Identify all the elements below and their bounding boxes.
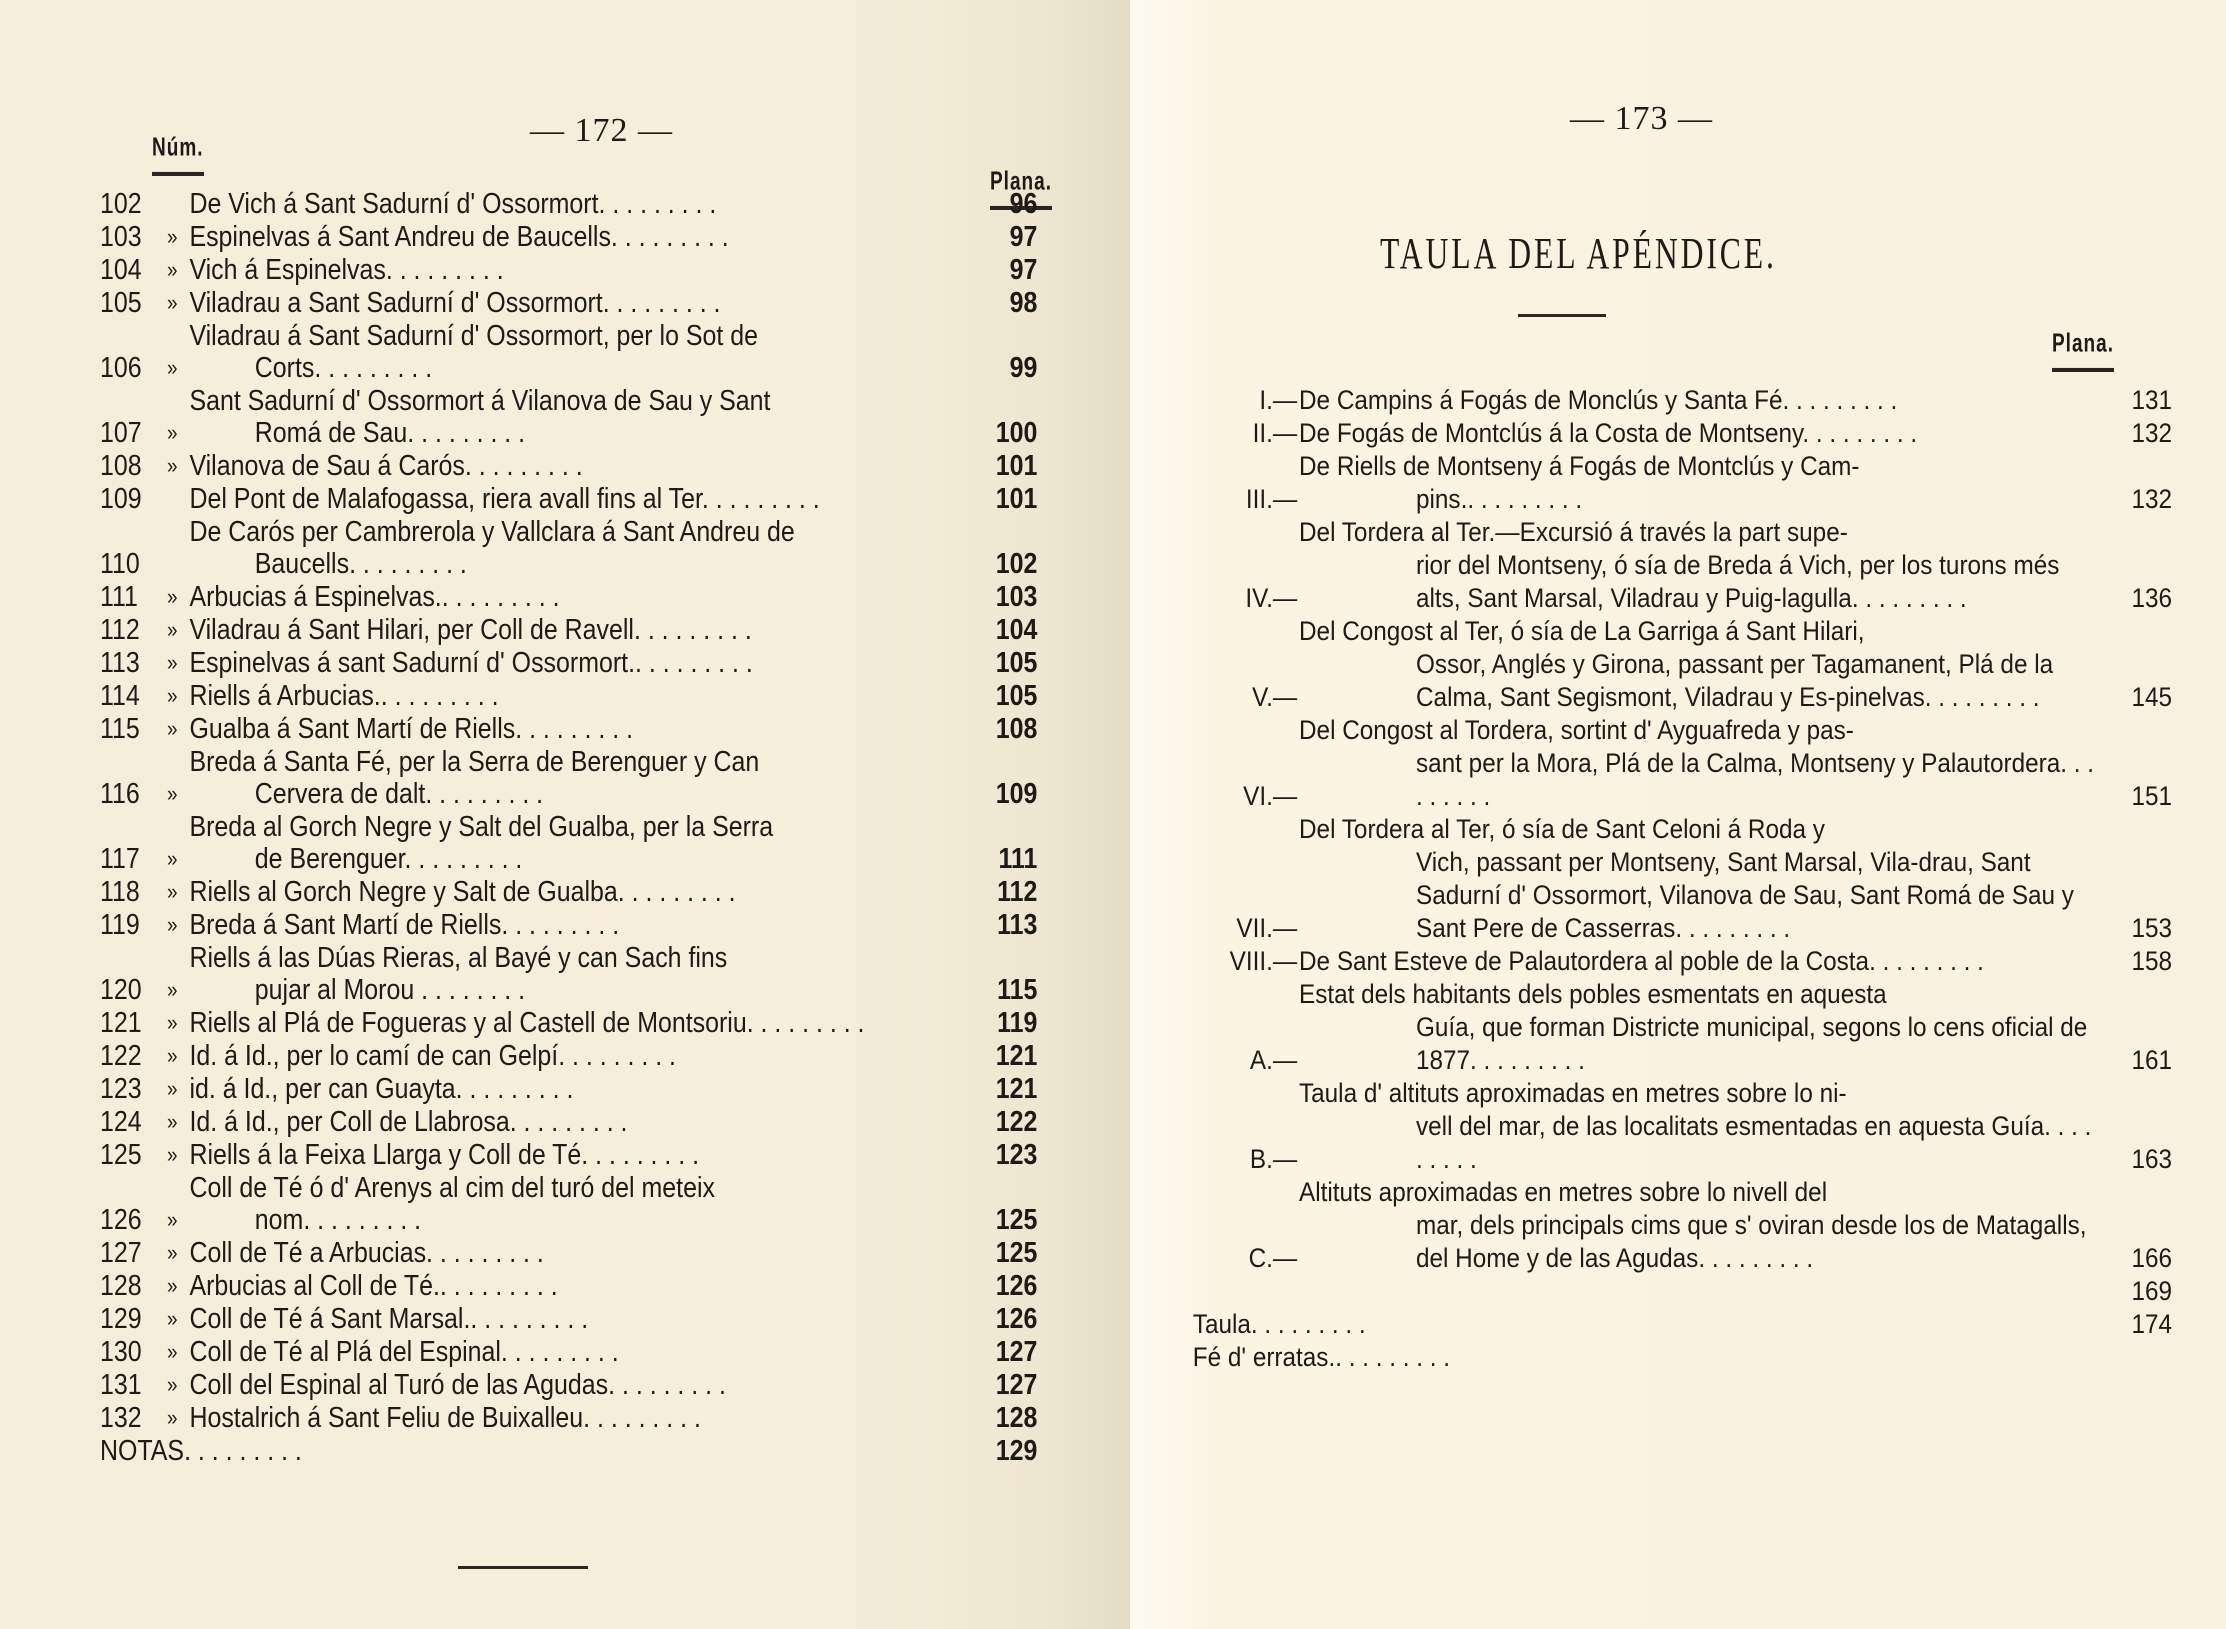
- ditto-mark: »: [155, 1270, 189, 1302]
- appendix-entry: I.— De Campins á Fogás de Monclús y Sant…: [1182, 384, 2172, 417]
- entry-number: 102: [100, 188, 155, 220]
- ditto-mark: »: [155, 1073, 189, 1105]
- entry-title: Coll del Espinal al Turó de las Agudas. …: [189, 1369, 977, 1401]
- entry-page: 99: [977, 352, 1037, 384]
- entry-page: 158: [2100, 945, 2172, 978]
- entry-title: Espinelvas á Sant Andreu de Baucells. . …: [189, 221, 977, 253]
- entry-page: 97: [977, 254, 1037, 286]
- entry-title: Coll de Té al Plá del Espinal. . . . . .…: [189, 1336, 977, 1368]
- entry-title: Arbucias á Espinelvas.. . . . . . . . .: [189, 581, 977, 613]
- entry-page: 126: [977, 1303, 1037, 1335]
- appendix-entry: VI.— Del Congost al Tordera, sortint d' …: [1182, 714, 2172, 813]
- page-number-right: — 173 —: [1570, 100, 1713, 138]
- entry-title: Fé d' erratas.. . . . . . . . .: [1193, 1341, 2100, 1374]
- entry-page: 111: [977, 843, 1037, 875]
- entry-page: 101: [977, 483, 1037, 515]
- toc-entry: 113 » Espinelvas á sant Sadurní d' Ossor…: [100, 647, 1037, 679]
- entry-page: 132: [2100, 417, 2172, 450]
- ditto-mark: »: [155, 843, 189, 875]
- plana-column-header-right: Plana.: [2052, 330, 2114, 360]
- entry-number: 115: [100, 713, 155, 745]
- entry-page: 97: [977, 221, 1037, 253]
- appendix-title: TAULA DEL APÉNDICE.: [1380, 228, 1777, 279]
- entry-number: 105: [100, 287, 155, 319]
- entry-label: IV.—: [1182, 582, 1299, 615]
- entry-number: 108: [100, 450, 155, 482]
- entry-title: Del Pont de Malafogassa, riera avall fin…: [189, 483, 977, 515]
- ditto-mark: »: [155, 614, 189, 646]
- book-spread: — 172 — Núm. Plana. 102 De Vich á Sant S…: [0, 0, 2226, 1629]
- entry-title: Viladrau á Sant Hilari, per Coll de Rave…: [189, 614, 977, 646]
- entry-page: 101: [977, 450, 1037, 482]
- entry-page: 115: [977, 974, 1037, 1006]
- entry-number: 104: [100, 254, 155, 286]
- page-number-left: — 172 —: [530, 112, 673, 150]
- entry-number: 121: [100, 1007, 155, 1039]
- appendix-entry: Fé d' erratas.. . . . . . . . .: [1182, 1341, 2172, 1374]
- ditto-mark: »: [155, 352, 189, 384]
- entry-title: De Vich á Sant Sadurní d' Ossormort. . .…: [189, 188, 977, 220]
- entry-title: Coll de Té a Arbucias. . . . . . . . .: [189, 1237, 977, 1269]
- entry-page: 104: [977, 614, 1037, 646]
- toc-entry: 125 » Riells á la Feixa Llarga y Coll de…: [100, 1139, 1037, 1171]
- entry-page: 129: [977, 1435, 1037, 1467]
- toc-entry: 111 » Arbucias á Espinelvas.. . . . . . …: [100, 581, 1037, 613]
- entry-page: 127: [977, 1369, 1037, 1401]
- entry-title: Gualba á Sant Martí de Riells. . . . . .…: [189, 713, 977, 745]
- ditto-mark: »: [155, 1369, 189, 1401]
- entry-title: Id. á Id., per Coll de Llabrosa. . . . .…: [189, 1106, 977, 1138]
- appendix-entry: VII.— Del Tordera al Ter, ó sía de Sant …: [1182, 813, 2172, 945]
- entry-page: 119: [977, 1007, 1037, 1039]
- entry-title: Del Tordera al Ter, ó sía de Sant Celoni…: [1299, 813, 2100, 945]
- entry-title: Coll de Té ó d' Arenys al cim del turó d…: [189, 1172, 977, 1236]
- toc-entry: 115 » Gualba á Sant Martí de Riells. . .…: [100, 713, 1037, 745]
- entry-page: 98: [977, 287, 1037, 319]
- route-index-list: 102 De Vich á Sant Sadurní d' Ossormort.…: [100, 188, 1040, 1467]
- toc-entry: 128 » Arbucias al Coll de Té.. . . . . .…: [100, 1270, 1037, 1302]
- appendix-entry: Taula. . . . . . . . . 174: [1182, 1308, 2172, 1341]
- entry-title: Breda á Sant Martí de Riells. . . . . . …: [189, 909, 977, 941]
- ditto-mark: »: [155, 647, 189, 679]
- toc-entry: 124 » Id. á Id., per Coll de Llabrosa. .…: [100, 1106, 1037, 1138]
- entry-title: De Riells de Montseny á Fogás de Montclú…: [1299, 450, 2100, 516]
- end-rule: [458, 1566, 588, 1569]
- ditto-mark: »: [155, 778, 189, 810]
- entry-number: 127: [100, 1237, 155, 1269]
- entry-label: II.—: [1182, 417, 1299, 450]
- ditto-mark: »: [155, 1040, 189, 1072]
- toc-entry: 132 » Hostalrich á Sant Feliu de Buixall…: [100, 1402, 1037, 1434]
- entry-title: Id. á Id., per lo camí de can Gelpí. . .…: [189, 1040, 977, 1072]
- entry-title: Breda al Gorch Negre y Salt del Gualba, …: [189, 811, 977, 875]
- entry-title: Riells á Arbucias.. . . . . . . . .: [189, 680, 977, 712]
- entry-number: 110: [100, 548, 155, 580]
- toc-entry: 123 » id. á Id., per can Guayta. . . . .…: [100, 1073, 1037, 1105]
- appendix-entry: A.— Estat dels habitants dels pobles esm…: [1182, 978, 2172, 1077]
- ditto-mark: »: [155, 254, 189, 286]
- entry-page: 174: [2100, 1308, 2172, 1341]
- entry-number: 109: [100, 483, 155, 515]
- entry-label: VIII.—: [1182, 945, 1299, 978]
- entry-title: Estat dels habitants dels pobles esmenta…: [1299, 978, 2100, 1077]
- toc-entry: 110 De Carós per Cambrerola y Vallclara …: [100, 516, 1037, 580]
- toc-entry: 121 » Riells al Plá de Fogueras y al Cas…: [100, 1007, 1037, 1039]
- entry-number: 103: [100, 221, 155, 253]
- toc-entry: 130 » Coll de Té al Plá del Espinal. . .…: [100, 1336, 1037, 1368]
- toc-entry: 118 » Riells al Gorch Negre y Salt de Gu…: [100, 876, 1037, 908]
- entry-page: 109: [977, 778, 1037, 810]
- ditto-mark: »: [155, 680, 189, 712]
- toc-entry: 114 » Riells á Arbucias.. . . . . . . . …: [100, 680, 1037, 712]
- entry-page: 105: [977, 680, 1037, 712]
- left-page: — 172 — Núm. Plana. 102 De Vich á Sant S…: [0, 0, 1130, 1629]
- entry-title: Vilanova de Sau á Carós. . . . . . . . .: [189, 450, 977, 482]
- entry-title: Espinelvas á sant Sadurní d' Ossormort..…: [189, 647, 977, 679]
- entry-label: C.—: [1182, 1242, 1299, 1275]
- entry-page: 121: [977, 1073, 1037, 1105]
- appendix-entry: C.— Altituts aproximadas en metres sobre…: [1182, 1176, 2172, 1275]
- entry-title: Taula d' altituts aproximadas en metres …: [1299, 1077, 2100, 1176]
- entry-number: 124: [100, 1106, 155, 1138]
- entry-page: 125: [977, 1237, 1037, 1269]
- entry-label: VII.—: [1182, 912, 1299, 945]
- entry-number: 126: [100, 1204, 155, 1236]
- toc-entry: 131 » Coll del Espinal al Turó de las Ag…: [100, 1369, 1037, 1401]
- toc-entry: 120 » Riells á las Dúas Rieras, al Bayé …: [100, 942, 1037, 1006]
- entry-title: Riells á las Dúas Rieras, al Bayé y can …: [189, 942, 977, 1006]
- ditto-mark: »: [155, 581, 189, 613]
- entry-label: B.—: [1182, 1143, 1299, 1176]
- toc-entry: 102 De Vich á Sant Sadurní d' Ossormort.…: [100, 188, 1037, 220]
- entry-title: Hostalrich á Sant Feliu de Buixalleu. . …: [189, 1402, 977, 1434]
- entry-title: Vich á Espinelvas. . . . . . . . .: [189, 254, 977, 286]
- toc-entry: 129 » Coll de Té á Sant Marsal.. . . . .…: [100, 1303, 1037, 1335]
- entry-title: Viladrau á Sant Sadurní d' Ossormort, pe…: [189, 320, 977, 384]
- entry-page: 113: [977, 909, 1037, 941]
- ditto-mark: »: [155, 909, 189, 941]
- entry-page: 127: [977, 1336, 1037, 1368]
- toc-entry: 103 » Espinelvas á Sant Andreu de Baucel…: [100, 221, 1037, 253]
- entry-number: 107: [100, 417, 155, 449]
- entry-number: 119: [100, 909, 155, 941]
- entry-number: 132: [100, 1402, 155, 1434]
- entry-page: 100: [977, 417, 1037, 449]
- appendix-entry: V.— Del Congost al Ter, ó sía de La Garr…: [1182, 615, 2172, 714]
- entry-number: 112: [100, 614, 155, 646]
- toc-entry: 107 » Sant Sadurní d' Ossormort á Vilano…: [100, 385, 1037, 449]
- entry-label: VI.—: [1182, 780, 1299, 813]
- entry-title: Del Tordera al Ter.—Excursió á través la…: [1299, 516, 2100, 615]
- entry-page: 105: [977, 647, 1037, 679]
- entry-title: NOTAS. . . . . . . . .: [100, 1435, 977, 1467]
- toc-entry: NOTAS. . . . . . . . . 129: [100, 1435, 1037, 1467]
- ditto-mark: »: [155, 876, 189, 908]
- appendix-entry: 169: [1182, 1275, 2172, 1308]
- toc-entry: 119 » Breda á Sant Martí de Riells. . . …: [100, 909, 1037, 941]
- entry-page: 123: [977, 1139, 1037, 1171]
- entry-page: 128: [977, 1402, 1037, 1434]
- entry-number: 128: [100, 1270, 155, 1302]
- ditto-mark: »: [155, 1007, 189, 1039]
- appendix-entry: III.— De Riells de Montseny á Fogás de M…: [1182, 450, 2172, 516]
- entry-number: 130: [100, 1336, 155, 1368]
- entry-page: 103: [977, 581, 1037, 613]
- entry-title: Taula. . . . . . . . .: [1193, 1308, 2100, 1341]
- ditto-mark: »: [155, 287, 189, 319]
- entry-page: 122: [977, 1106, 1037, 1138]
- num-column-header: Núm.: [152, 134, 204, 164]
- entry-page: 151: [2100, 780, 2172, 813]
- entry-page: 136: [2100, 582, 2172, 615]
- entry-page: 108: [977, 713, 1037, 745]
- entry-title: De Sant Esteve de Palautordera al poble …: [1299, 945, 2100, 978]
- entry-number: 122: [100, 1040, 155, 1072]
- title-rule: [1518, 314, 1606, 317]
- appendix-entry: VIII.— De Sant Esteve de Palautordera al…: [1182, 945, 2172, 978]
- ditto-mark: »: [155, 1106, 189, 1138]
- ditto-mark: »: [155, 1402, 189, 1434]
- appendix-entry: II.— De Fogás de Montclús á la Costa de …: [1182, 417, 2172, 450]
- entry-title: Sant Sadurní d' Ossormort á Vilanova de …: [189, 385, 977, 449]
- toc-entry: 117 » Breda al Gorch Negre y Salt del Gu…: [100, 811, 1037, 875]
- entry-title: Arbucias al Coll de Té.. . . . . . . . .: [189, 1270, 977, 1302]
- ditto-mark: »: [155, 974, 189, 1006]
- toc-entry: 126 » Coll de Té ó d' Arenys al cim del …: [100, 1172, 1037, 1236]
- entry-number: 123: [100, 1073, 155, 1105]
- toc-entry: 104 » Vich á Espinelvas. . . . . . . . .…: [100, 254, 1037, 286]
- entry-title: Del Congost al Ter, ó sía de La Garriga …: [1299, 615, 2100, 714]
- entry-page: 126: [977, 1270, 1037, 1302]
- entry-page: 132: [2100, 483, 2172, 516]
- entry-title: id. á Id., per can Guayta. . . . . . . .…: [189, 1073, 977, 1105]
- toc-entry: 116 » Breda á Santa Fé, per la Serra de …: [100, 746, 1037, 810]
- ditto-mark: »: [155, 221, 189, 253]
- right-page: — 173 — TAULA DEL APÉNDICE. Plana. I.— D…: [1130, 0, 2226, 1629]
- entry-title: Coll de Té á Sant Marsal.. . . . . . . .…: [189, 1303, 977, 1335]
- entry-number: 118: [100, 876, 155, 908]
- appendix-index-list: I.— De Campins á Fogás de Monclús y Sant…: [1182, 384, 2182, 1374]
- entry-label: V.—: [1182, 681, 1299, 714]
- entry-title: Altituts aproximadas en metres sobre lo …: [1299, 1176, 2100, 1275]
- entry-page: 121: [977, 1040, 1037, 1072]
- toc-entry: 109 Del Pont de Malafogassa, riera avall…: [100, 483, 1037, 515]
- entry-page: 145: [2100, 681, 2172, 714]
- entry-title: Breda á Santa Fé, per la Serra de Bereng…: [189, 746, 977, 810]
- entry-label: A.—: [1182, 1044, 1299, 1077]
- ditto-mark: »: [155, 1204, 189, 1236]
- entry-number: 106: [100, 352, 155, 384]
- ditto-mark: »: [155, 713, 189, 745]
- ditto-mark: »: [155, 450, 189, 482]
- toc-entry: 112 » Viladrau á Sant Hilari, per Coll d…: [100, 614, 1037, 646]
- entry-number: 120: [100, 974, 155, 1006]
- entry-page: 153: [2100, 912, 2172, 945]
- entry-page: 96: [977, 188, 1037, 220]
- entry-title: Viladrau a Sant Sadurní d' Ossormort. . …: [189, 287, 977, 319]
- entry-page: 125: [977, 1204, 1037, 1236]
- toc-entry: 108 » Vilanova de Sau á Carós. . . . . .…: [100, 450, 1037, 482]
- entry-title: De Fogás de Montclús á la Costa de Monts…: [1299, 417, 2100, 450]
- ditto-mark: »: [155, 1139, 189, 1171]
- ditto-mark: »: [155, 1336, 189, 1368]
- ditto-mark: »: [155, 1303, 189, 1335]
- entry-number: 129: [100, 1303, 155, 1335]
- ditto-mark: »: [155, 1237, 189, 1269]
- toc-entry: 122 » Id. á Id., per lo camí de can Gelp…: [100, 1040, 1037, 1072]
- entry-page: 163: [2100, 1143, 2172, 1176]
- entry-label: III.—: [1182, 483, 1299, 516]
- entry-title: Riells á la Feixa Llarga y Coll de Té. .…: [189, 1139, 977, 1171]
- entry-number: 131: [100, 1369, 155, 1401]
- entry-page: 166: [2100, 1242, 2172, 1275]
- entry-page: 169: [2100, 1275, 2172, 1308]
- entry-title: Riells al Gorch Negre y Salt de Gualba. …: [189, 876, 977, 908]
- entry-page: 102: [977, 548, 1037, 580]
- appendix-entry: IV.— Del Tordera al Ter.—Excursió á trav…: [1182, 516, 2172, 615]
- entry-number: 125: [100, 1139, 155, 1171]
- toc-entry: 127 » Coll de Té a Arbucias. . . . . . .…: [100, 1237, 1037, 1269]
- entry-page: 112: [977, 876, 1037, 908]
- entry-title: De Campins á Fogás de Monclús y Santa Fé…: [1299, 384, 2100, 417]
- appendix-entry: B.— Taula d' altituts aproximadas en met…: [1182, 1077, 2172, 1176]
- entry-number: 113: [100, 647, 155, 679]
- ditto-mark: »: [155, 417, 189, 449]
- entry-number: 116: [100, 778, 155, 810]
- entry-title: Del Congost al Tordera, sortint d' Aygua…: [1299, 714, 2100, 813]
- toc-entry: 106 » Viladrau á Sant Sadurní d' Ossormo…: [100, 320, 1037, 384]
- entry-number: 114: [100, 680, 155, 712]
- entry-title: De Carós per Cambrerola y Vallclara á Sa…: [189, 516, 977, 580]
- entry-label: I.—: [1182, 384, 1299, 417]
- entry-page: 161: [2100, 1044, 2172, 1077]
- toc-entry: 105 » Viladrau a Sant Sadurní d' Ossormo…: [100, 287, 1037, 319]
- entry-page: 131: [2100, 384, 2172, 417]
- entry-number: 111: [100, 581, 155, 613]
- entry-title: Riells al Plá de Fogueras y al Castell d…: [189, 1007, 977, 1039]
- entry-number: 117: [100, 843, 155, 875]
